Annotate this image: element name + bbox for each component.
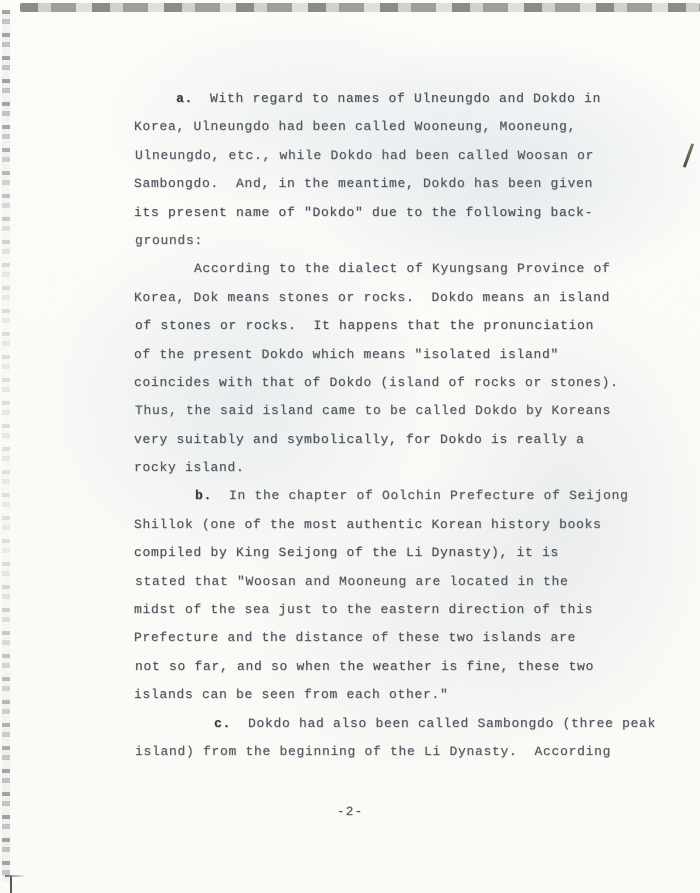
text-line: Shillok (one of the most authentic Korea… [134,511,679,539]
text-line: Korea, Dok means stones or rocks. Dokdo … [134,284,679,312]
text-line: midst of the sea just to the eastern dir… [134,596,679,624]
text-line: Thus, the said island came to be called … [135,397,680,425]
text-line: Sambongdo. And, in the meantime, Dokdo h… [134,170,679,198]
text-line: Korea, Ulneungdo had been called Wooneun… [134,113,679,141]
text-line: rocky island. [134,454,679,482]
scan-artifact-left-edge [2,10,10,882]
text-line: stated that "Woosan and Mooneung are loc… [135,568,680,596]
text-line: of the present Dokdo which means "isolat… [134,341,679,369]
text-line: coincides with that of Dokdo (island of … [134,369,679,397]
text-line: its present name of "Dokdo" due to the f… [134,199,679,227]
paragraph-lead: b. [195,488,212,503]
text-line: grounds: [135,227,680,255]
text-line: of stones or rocks. It happens that the … [135,312,680,340]
text-line: compiled by King Seijong of the Li Dynas… [134,539,679,567]
text-line: very suitably and symbolically, for Dokd… [134,426,679,454]
scan-artifact-corner-mark [5,875,26,877]
paragraph-lead: a. [176,91,193,106]
text-line: island) from the beginning of the Li Dyn… [135,738,680,766]
text-line: Ulneungdo, etc., while Dokdo had been ca… [135,142,680,170]
text-line: c. Dokdo had also been called Sambongdo … [134,710,679,738]
text-line: islands can be seen from each other." [134,681,679,709]
scan-artifact-corner-mark [10,876,12,893]
text-line: b. In the chapter of Oolchin Prefecture … [135,482,680,510]
scan-artifact-top-edge [20,3,700,12]
text-line: According to the dialect of Kyungsang Pr… [134,255,679,283]
paragraph-lead: c. [214,716,231,731]
pen-mark-icon [683,143,694,168]
scanned-page: a. With regard to names of Ulneungdo and… [0,0,700,893]
page-number: -2- [0,804,700,819]
text-line: not so far, and so when the weather is f… [135,653,680,681]
text-line: Prefecture and the distance of these two… [134,624,679,652]
text-line: a. With regard to names of Ulneungdo and… [134,85,679,113]
document-lines: a. With regard to names of Ulneungdo and… [134,85,679,766]
